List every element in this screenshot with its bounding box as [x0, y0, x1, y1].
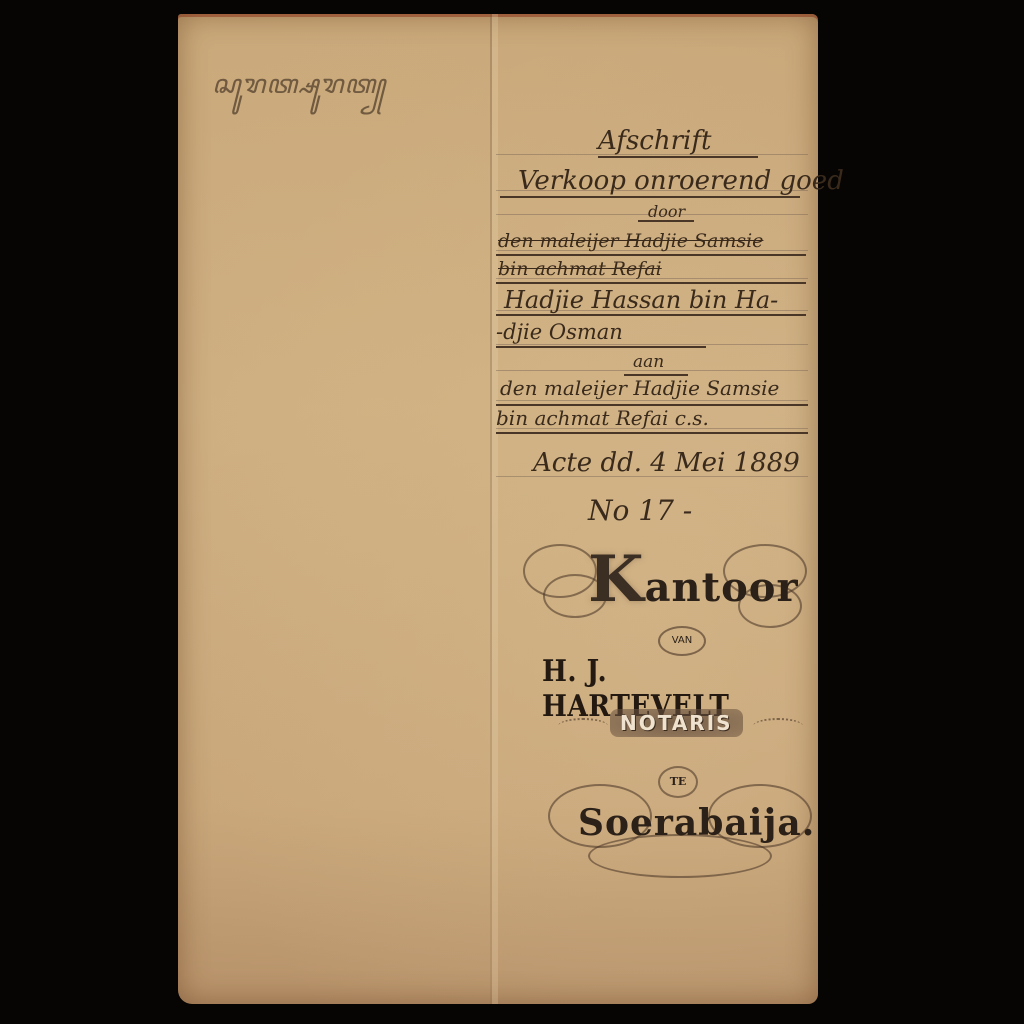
door-label: door — [648, 202, 685, 221]
ruled-line — [496, 344, 808, 345]
ruled-line — [496, 400, 808, 401]
underline — [598, 156, 758, 158]
city-name: Soerabaija. — [578, 802, 815, 844]
notaris-label: NOTARIS — [610, 709, 743, 737]
seller-line-struck-1: den maleijer Hadjie Samsie — [498, 230, 763, 252]
aan-label: aan — [633, 352, 664, 372]
buyer-line-2: bin achmat Refai c.s. — [496, 406, 709, 430]
underline — [496, 346, 706, 348]
document-title: Afschrift — [598, 126, 711, 156]
ornament-right — [753, 718, 803, 734]
underline — [638, 220, 694, 222]
document-number: No 17 - — [588, 494, 692, 527]
seller-name-line-1: Hadjie Hassan bin Ha- — [504, 286, 778, 314]
van-label: VAN — [658, 626, 706, 656]
underline — [496, 254, 806, 256]
javanese-marginal-note: ꦱꦸꦫꦠ꧀ꦱꦸꦫꦠ꧀ — [212, 64, 386, 117]
deed-date: Acte dd. 4 Mei 1889 — [533, 448, 800, 478]
underline — [496, 314, 806, 316]
kantoor-initial: K — [588, 542, 645, 617]
buyer-line-1: den maleijer Hadjie Samsie — [500, 376, 779, 400]
kantoor-rest: antoor — [645, 564, 799, 611]
te-label: TE — [658, 766, 698, 798]
underline — [500, 196, 800, 198]
kantoor-heading: Kantoor — [588, 542, 799, 617]
subject-line: Verkoop onroerend goed — [518, 166, 844, 196]
document-page: ꦱꦸꦫꦠ꧀ꦱꦸꦫꦠ꧀ Afschrift Verkoop onroerend g… — [178, 14, 818, 1004]
seller-line-struck-2: bin achmat Refai — [498, 258, 662, 280]
underline — [496, 432, 808, 434]
seller-name-line-2: -djie Osman — [496, 320, 623, 344]
ornament-left — [558, 718, 608, 734]
fold-highlight — [492, 14, 498, 1004]
underline — [496, 282, 806, 284]
